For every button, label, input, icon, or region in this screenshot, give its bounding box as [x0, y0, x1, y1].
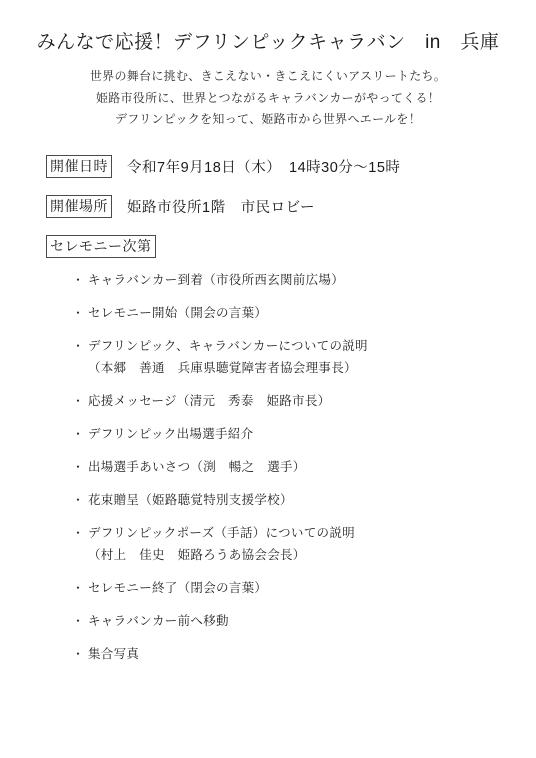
agenda-item-text: セレモニー開始（開会の言葉） [88, 302, 536, 324]
location-value: 姫路市役所1階 市民ロビー [127, 196, 315, 217]
agenda-item-text: キャラバンカー到着（市役所西玄関前広場） [88, 269, 536, 291]
agenda-item-text: 花束贈呈（姫路聴覚特別支援学校） [88, 489, 536, 511]
agenda-item-athlete-greeting: ・ 出場選手あいさつ（渕 暢之 選手） [72, 456, 536, 478]
agenda-item-text: セレモニー終了（閉会の言葉） [88, 577, 536, 599]
agenda-item-ceremony-start: ・ セレモニー開始（開会の言葉） [72, 302, 536, 324]
event-location-row: 開催場所 姫路市役所1階 市民ロビー [46, 195, 536, 219]
event-datetime-row: 開催日時 令和7年9月18日（木） 14時30分～15時 [46, 155, 536, 179]
bullet-icon: ・ [72, 577, 88, 599]
bullet-icon: ・ [72, 456, 88, 478]
agenda-item-text: 出場選手あいさつ（渕 暢之 選手） [88, 456, 536, 478]
bullet-icon: ・ [72, 423, 88, 445]
agenda-item-deaflympics-pose: ・ デフリンピックポーズ（手話）についての説明 （村上 佳史 姫路ろうあ協会会長… [72, 522, 536, 566]
datetime-label: 開催日時 [46, 155, 112, 178]
agenda-item-support-message: ・ 応援メッセージ（清元 秀泰 姫路市長） [72, 390, 536, 412]
subtitle-line-1: 世界の舞台に挑む、きこえない・きこえにくいアスリートたち。 [0, 66, 536, 88]
bullet-icon: ・ [72, 643, 88, 665]
bullet-icon: ・ [72, 610, 88, 632]
agenda-heading: セレモニー次第 [46, 235, 156, 258]
agenda-item-caravan-arrival: ・ キャラバンカー到着（市役所西玄関前広場） [72, 269, 536, 291]
agenda-item-text: キャラバンカー前へ移動 [88, 610, 536, 632]
agenda-list: ・ キャラバンカー到着（市役所西玄関前広場） ・ セレモニー開始（開会の言葉） … [0, 269, 536, 665]
agenda-item-speaker: （村上 佳史 姫路ろうあ協会会長） [88, 544, 536, 566]
agenda-item-speaker: （本郷 善通 兵庫県聴覚障害者協会理事長） [88, 357, 536, 379]
agenda-item-text: デフリンピック出場選手紹介 [88, 423, 536, 445]
agenda-item-deaflympics-explanation: ・ デフリンピック、キャラバンカーについての説明 （本郷 善通 兵庫県聴覚障害者… [72, 335, 536, 379]
event-info-section: 開催日時 令和7年9月18日（木） 14時30分～15時 開催場所 姫路市役所1… [46, 155, 536, 219]
agenda-item-bouquet-presentation: ・ 花束贈呈（姫路聴覚特別支援学校） [72, 489, 536, 511]
bullet-icon: ・ [72, 335, 88, 357]
agenda-item-group-photo: ・ 集合写真 [72, 643, 536, 665]
bullet-icon: ・ [72, 522, 88, 544]
document-page: みんなで応援！デフリンピックキャラバン in 兵庫 世界の舞台に挑む、きこえない… [0, 0, 536, 758]
agenda-item-ceremony-end: ・ セレモニー終了（閉会の言葉） [72, 577, 536, 599]
agenda-item-text: デフリンピック、キャラバンカーについての説明 [88, 335, 536, 357]
agenda-item-move-to-caravan: ・ キャラバンカー前へ移動 [72, 610, 536, 632]
agenda-item-text: デフリンピックポーズ（手話）についての説明 [88, 522, 536, 544]
bullet-icon: ・ [72, 489, 88, 511]
bullet-icon: ・ [72, 390, 88, 412]
subtitle-line-3: デフリンピックを知って、姫路市から世界へエールを！ [0, 109, 536, 131]
bullet-icon: ・ [72, 302, 88, 324]
agenda-item-text: 応援メッセージ（清元 秀泰 姫路市長） [88, 390, 536, 412]
location-label: 開催場所 [46, 195, 112, 218]
agenda-heading-wrap: セレモニー次第 [46, 235, 536, 258]
subtitle-block: 世界の舞台に挑む、きこえない・きこえにくいアスリートたち。 姫路市役所に、世界と… [0, 66, 536, 131]
page-title: みんなで応援！デフリンピックキャラバン in 兵庫 [0, 0, 536, 55]
bullet-icon: ・ [72, 269, 88, 291]
agenda-item-athlete-introduction: ・ デフリンピック出場選手紹介 [72, 423, 536, 445]
subtitle-line-2: 姫路市役所に、世界とつながるキャラバンカーがやってくる！ [0, 88, 536, 110]
agenda-item-text: 集合写真 [88, 643, 536, 665]
datetime-value: 令和7年9月18日（木） 14時30分～15時 [127, 156, 400, 177]
